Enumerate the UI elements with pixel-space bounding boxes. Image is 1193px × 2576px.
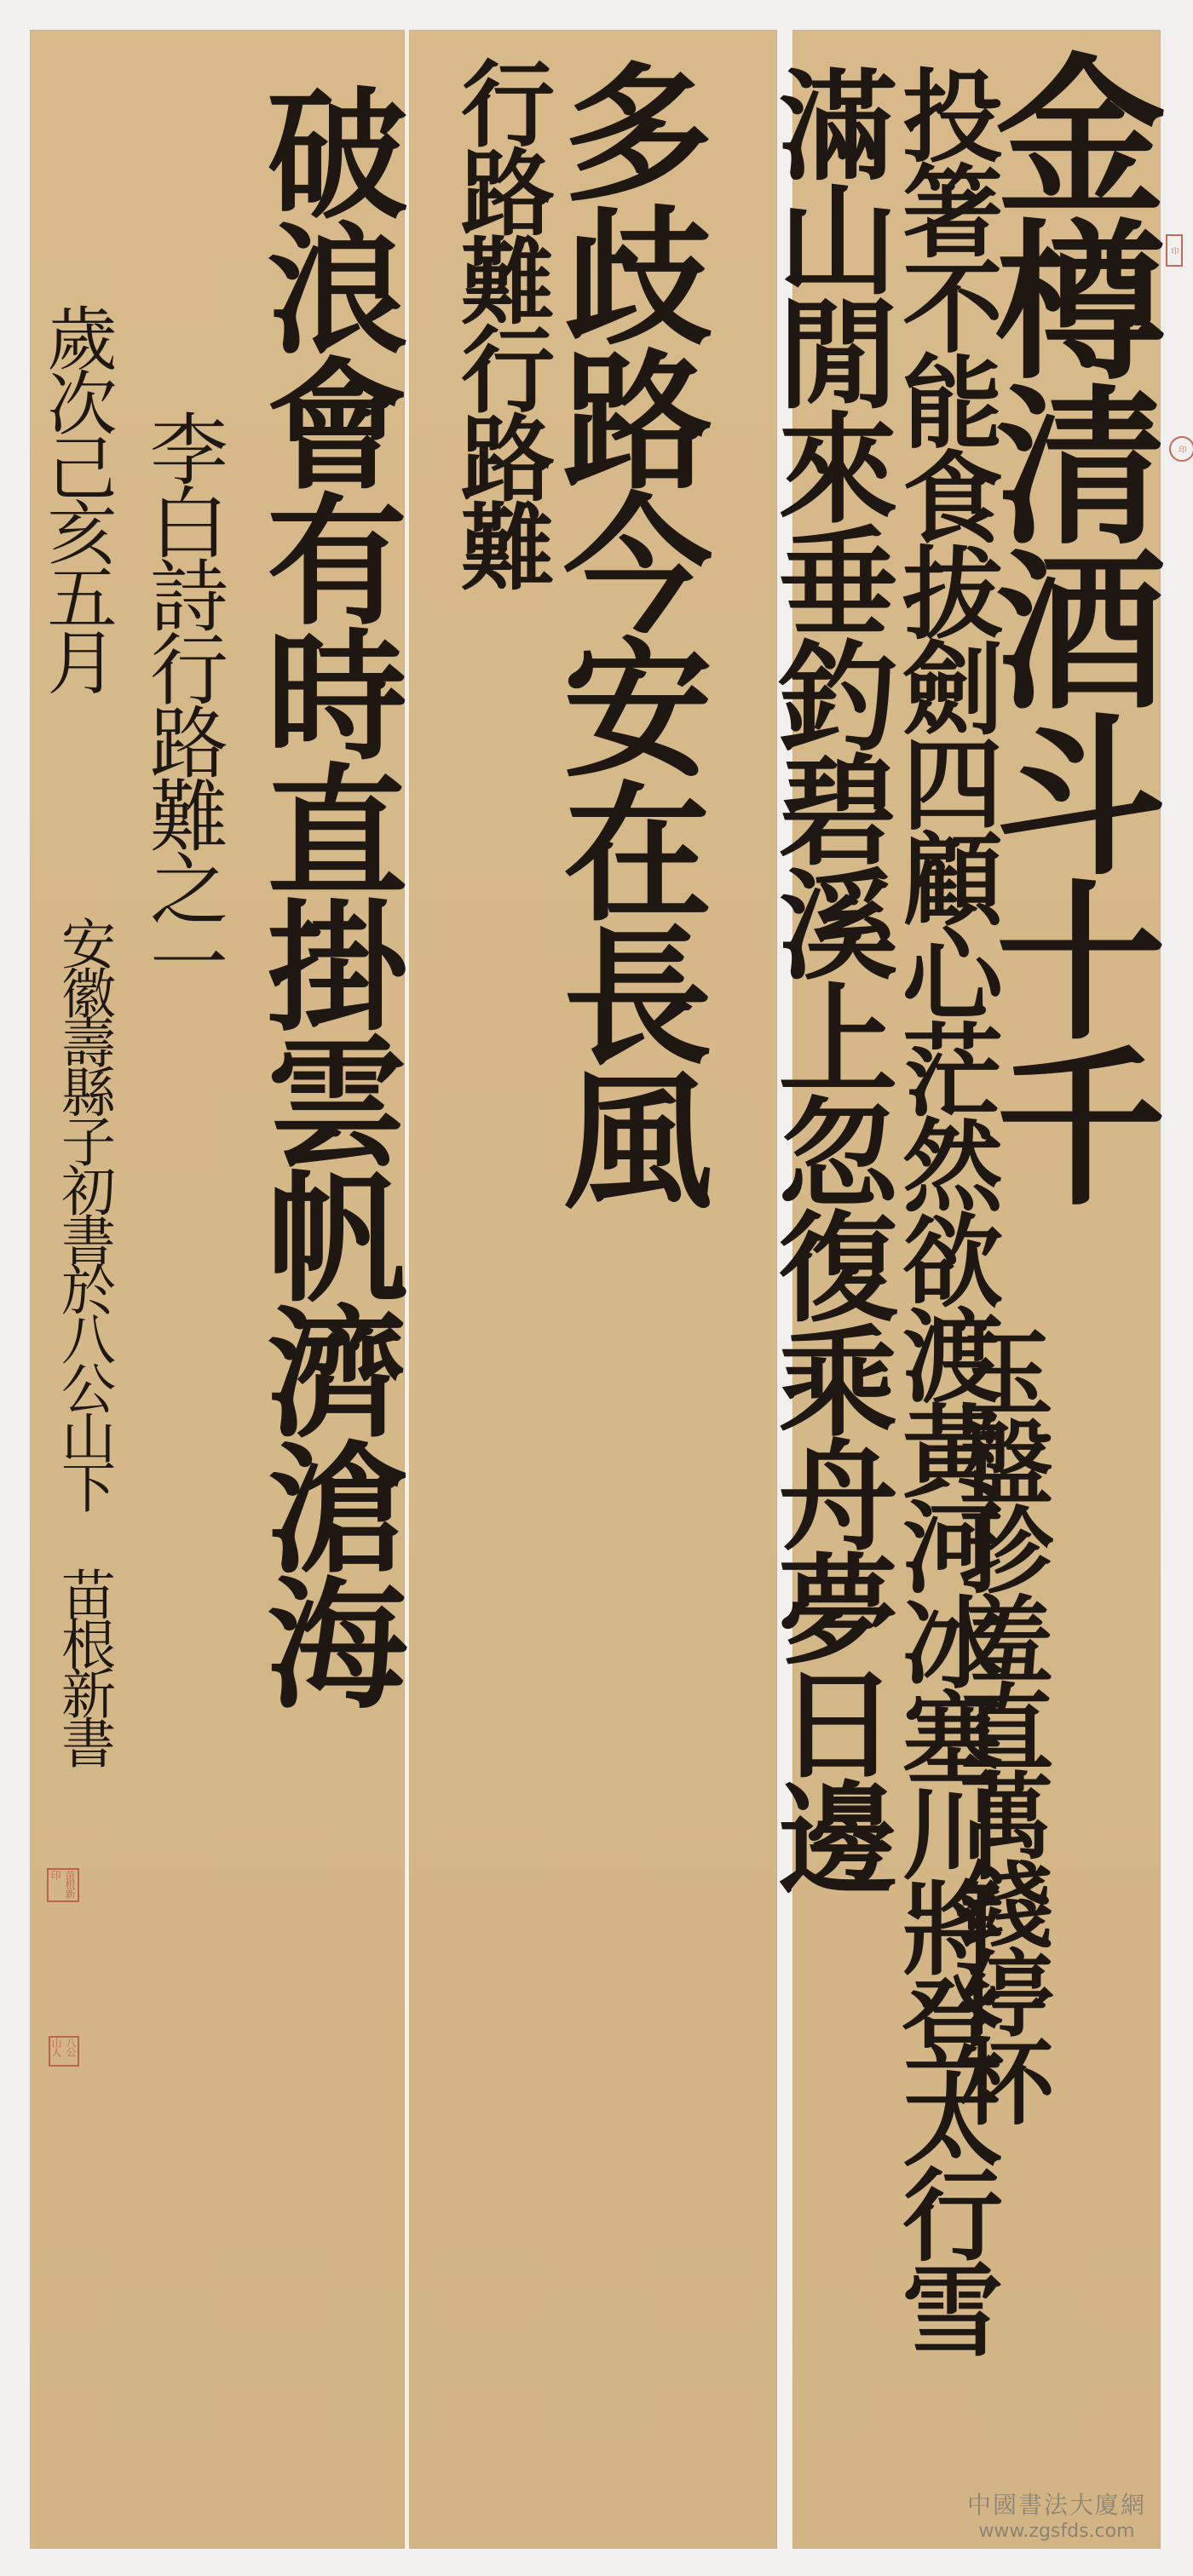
text-column: 李白詩行路難之一 — [143, 409, 222, 995]
artist-seal-upper: 苗根新印 — [47, 1868, 79, 1902]
leading-seal-round: 印 — [1169, 436, 1193, 462]
watermark-site-name: 中國書法大廈網 — [967, 2487, 1146, 2521]
calligraphy-panel-left: 破浪會有時直掛雲帆濟滄海 李白詩行路難之一 歲次己亥五月 安徽壽縣子初書於八公山… — [30, 30, 405, 2549]
text-column: 滿山閒來垂釣碧溪上忽復乘舟夢日邊 — [769, 64, 888, 1890]
date-inscription: 歲次己亥五月 — [41, 302, 111, 691]
text-column: 破浪會有時直掛雲帆濟滄海 — [256, 81, 396, 1706]
artist-seal-lower: 八公山人 — [49, 2036, 79, 2067]
text-column: 多歧路今安在長風 — [551, 55, 700, 1207]
text-column: 投箸不能食拔劍四顧心茫然欲渡黃河冰塞川將登太行雪 — [894, 64, 994, 2354]
text-column: 金樽清酒斗十千 — [982, 47, 1152, 1204]
calligraphy-panel-middle: 行路難行路難 多歧路今安在長風 — [409, 30, 777, 2549]
text-column: 行路難行路難 — [453, 55, 547, 587]
calligraphy-panel-right: 金樽清酒斗十千 玉盤珍羞直萬錢停杯 投箸不能食拔劍四顧心茫然欲渡黃河冰塞川將登太… — [792, 30, 1161, 2549]
signature-inscription: 安徽壽縣子初書於八公山下 苗根新書 — [56, 916, 111, 1764]
watermark-url: www.zgsfds.com — [967, 2521, 1146, 2542]
leading-seal-small: 印 — [1166, 234, 1183, 267]
site-watermark: 中國書法大廈網 www.zgsfds.com — [967, 2487, 1146, 2542]
